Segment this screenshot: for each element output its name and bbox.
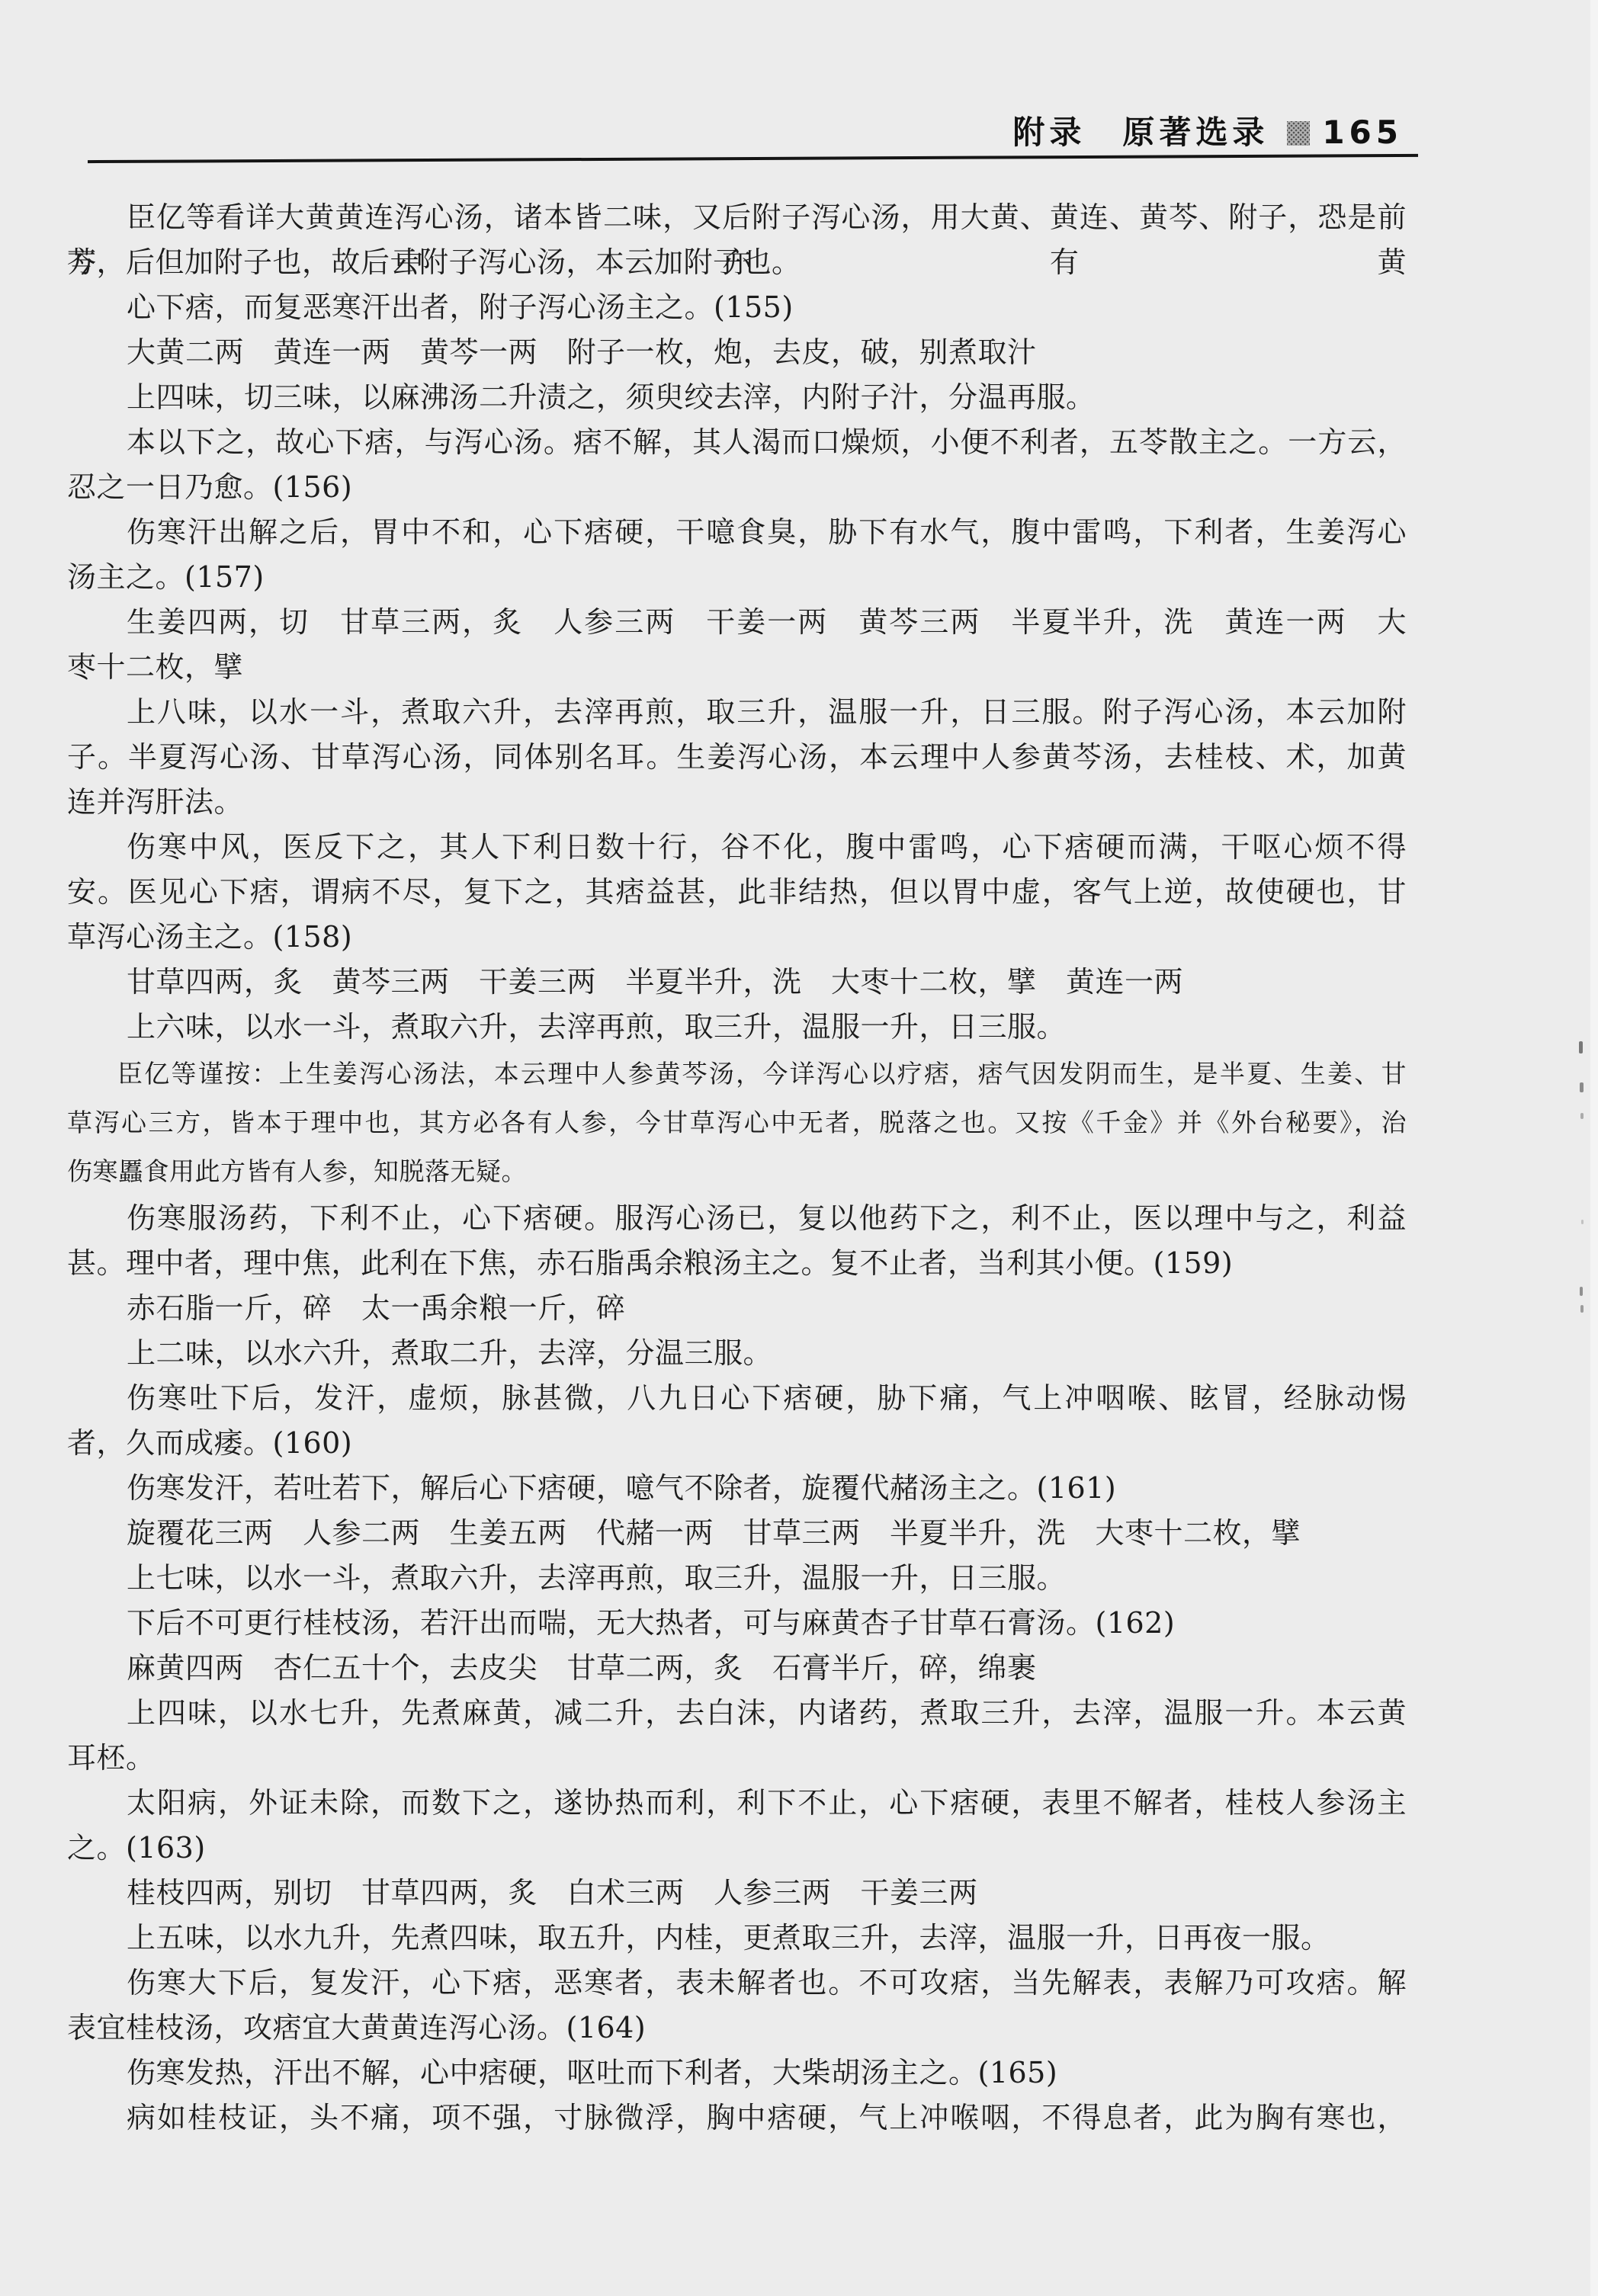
text-line: 上七味，以水一斗，煮取六升，去滓再煎，取三升，温服一升，日三服。 xyxy=(67,1556,1407,1601)
text-line: 上四味，以水七升，先煮麻黄，减二升，去白沫，内诸药，煮取三升，去滓，温服一升。本… xyxy=(67,1691,1407,1736)
text-line: 病如桂枝证，头不痛，项不强，寸脉微浮，胸中痞硬，气上冲喉咽，不得息者，此为胸有寒… xyxy=(67,2096,1407,2140)
text-line: 草泻心汤主之。(158) xyxy=(67,915,1407,960)
text-line: 旋覆花三两 人参二两 生姜五两 代赭一两 甘草三两 半夏半升，洗 大枣十二枚，擘 xyxy=(67,1511,1407,1556)
scan-speck xyxy=(1579,1041,1583,1053)
section-title: 附录 原著选录 xyxy=(1012,114,1269,151)
text-line: 甘草四两，炙 黄芩三两 干姜三两 半夏半升，洗 大枣十二枚，擘 黄连一两 xyxy=(67,960,1407,1005)
text-line: 草泻心三方，皆本于理中也，其方必各有人参，今甘草泻心中无者，脱落之也。又按《千金… xyxy=(67,1098,1407,1147)
text-line: 上五味，以水九升，先煮四味，取五升，内桂，更煮取三升，去滓，温服一升，日再夜一服… xyxy=(67,1916,1407,1961)
text-line: 上八味，以水一斗，煮取六升，去滓再煎，取三升，温服一升，日三服。附子泻心汤，本云… xyxy=(67,690,1407,735)
text-line: 大黄二两 黄连一两 黄芩一两 附子一枚，炮，去皮，破，别煮取汁 xyxy=(67,330,1407,375)
text-line: 甚。理中者，理中焦，此利在下焦，赤石脂禹余粮汤主之。复不止者，当利其小便。(15… xyxy=(67,1241,1407,1286)
text-line: 太阳病，外证未除，而数下之，遂协热而利，利下不止，心下痞硬，表里不解者，桂枝人参… xyxy=(67,1781,1407,1826)
text-line: 忍之一日乃愈。(156) xyxy=(67,465,1407,510)
text-line: 伤寒中风，医反下之，其人下利日数十行，谷不化，腹中雷鸣，心下痞硬而满，干呕心烦不… xyxy=(67,825,1407,870)
text-line: 汤主之。(157) xyxy=(67,555,1407,600)
header-rule xyxy=(88,154,1418,163)
text-line: 臣亿等谨按：上生姜泻心汤法，本云理中人参黄芩汤，今详泻心以疗痞，痞气因发阴而生，… xyxy=(67,1050,1407,1098)
page-number-marker-icon xyxy=(1287,121,1310,146)
text-line: 之。(163) xyxy=(67,1826,1407,1871)
text-line: 表宜桂枝汤，攻痞宜大黄黄连泻心汤。(164) xyxy=(67,2006,1407,2051)
text-line: 伤寒汗出解之后，胃中不和，心下痞硬，干噫食臭，胁下有水气，腹中雷鸣，下利者，生姜… xyxy=(67,510,1407,555)
text-line: 心下痞，而复恶寒汗出者，附子泻心汤主之。(155) xyxy=(67,285,1407,330)
text-line: 连并泻肝法。 xyxy=(67,780,1407,825)
text-line: 子。半夏泻心汤、甘草泻心汤，同体别名耳。生姜泻心汤，本云理中人参黄芩汤，去桂枝、… xyxy=(67,735,1407,780)
page-edge xyxy=(1590,0,1598,2296)
text-line: 本以下之，故心下痞，与泻心汤。痞不解，其人渴而口燥烦，小便不利者，五苓散主之。一… xyxy=(67,420,1407,465)
scan-speck xyxy=(1580,1082,1584,1092)
text-line: 安。医见心下痞，谓病不尽，复下之，其痞益甚，此非结热，但以胃中虚，客气上逆，故使… xyxy=(67,870,1407,915)
scan-speck xyxy=(1581,1220,1584,1224)
text-line: 伤寒吐下后，发汗，虚烦，脉甚微，八九日心下痞硬，胁下痛，气上冲咽喉、眩冒，经脉动… xyxy=(67,1376,1407,1421)
text-line: 上六味，以水一斗，煮取六升，去滓再煎，取三升，温服一升，日三服。 xyxy=(67,1005,1407,1050)
text-lines: 臣亿等看详大黄黄连泻心汤，诸本皆二味，又后附子泻心汤，用大黄、黄连、黄芩、附子，… xyxy=(67,195,1407,2140)
page-header: 附录 原著选录165 xyxy=(67,114,1403,151)
text-line: 枣十二枚，擘 xyxy=(67,645,1407,690)
text-line: 生姜四两，切 甘草三两，炙 人参三两 干姜一两 黄芩三两 半夏半升，洗 黄连一两… xyxy=(67,600,1407,645)
text-line: 上二味，以水六升，煮取二升，去滓，分温三服。 xyxy=(67,1331,1407,1376)
text-line: 下后不可更行桂枝汤，若汗出而喘，无大热者，可与麻黄杏子甘草石膏汤。(162) xyxy=(67,1601,1407,1646)
scan-speck xyxy=(1580,1287,1583,1296)
text-line: 伤寒䘌食用此方皆有人参，知脱落无疑。 xyxy=(67,1147,1407,1196)
scan-speck xyxy=(1580,1113,1584,1119)
text-line: 伤寒服汤药，下利不止，心下痞硬。服泻心汤已，复以他药下之，利不止，医以理中与之，… xyxy=(67,1196,1407,1241)
text-line: 麻黄四两 杏仁五十个，去皮尖 甘草二两，炙 石膏半斤，碎，绵裹 xyxy=(67,1646,1407,1691)
text-line: 上四味，切三味，以麻沸汤二升渍之，须臾绞去滓，内附子汁，分温再服。 xyxy=(67,375,1407,420)
text-line: 赤石脂一斤，碎 太一禹余粮一斤，碎 xyxy=(67,1286,1407,1331)
text-line: 者，久而成痿。(160) xyxy=(67,1421,1407,1466)
text-line: 伤寒大下后，复发汗，心下痞，恶寒者，表未解者也。不可攻痞，当先解表，表解乃可攻痞… xyxy=(67,1961,1407,2006)
scanned-book-page: { "colors": { "paper": "#ececec", "ink":… xyxy=(0,0,1598,2296)
text-line: 耳柸。 xyxy=(67,1736,1407,1781)
page-number: 165 xyxy=(1322,114,1403,151)
text-line: 臣亿等看详大黄黄连泻心汤，诸本皆二味，又后附子泻心汤，用大黄、黄连、黄芩、附子，… xyxy=(67,195,1407,240)
text-line: 伤寒发汗，若吐若下，解后心下痞硬，噫气不除者，旋覆代赭汤主之。(161) xyxy=(67,1466,1407,1511)
text-line: 伤寒发热，汗出不解，心中痞硬，呕吐而下利者，大柴胡汤主之。(165) xyxy=(67,2051,1407,2096)
scan-speck xyxy=(1580,1305,1584,1313)
text-line: 桂枝四两，别切 甘草四两，炙 白术三两 人参三两 干姜三两 xyxy=(67,1871,1407,1916)
